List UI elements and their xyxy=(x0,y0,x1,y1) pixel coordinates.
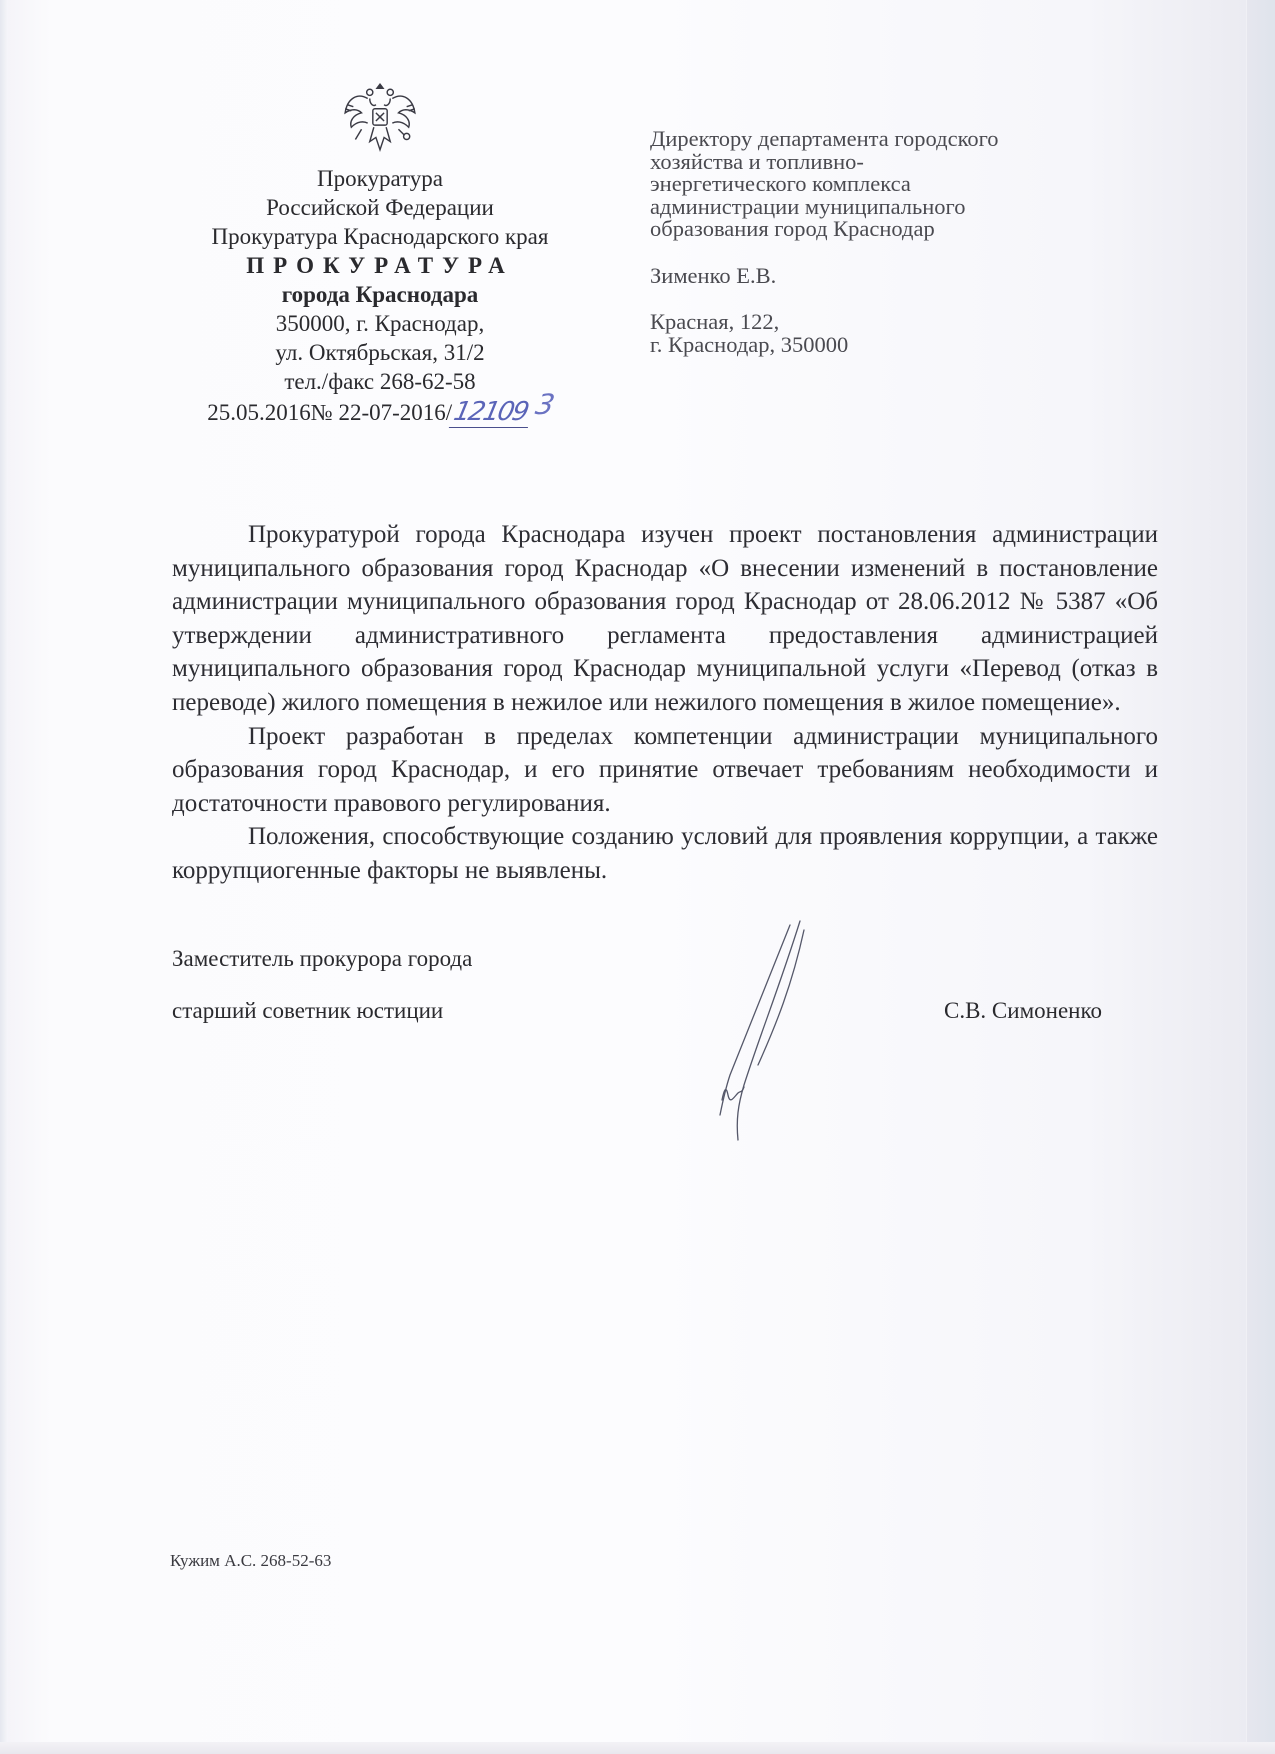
org-address: 350000, г. Краснодар, xyxy=(160,309,600,338)
org-address: ул. Октябрьская, 31/2 xyxy=(160,338,600,367)
signatory-title: Заместитель прокурора города старший сов… xyxy=(172,945,472,1025)
addressee-name: Зименко Е.В. xyxy=(650,265,1170,288)
org-phone: тел./факс 268-62-58 xyxy=(160,367,600,396)
signatory-rank-line: старший советник юстиции xyxy=(172,998,443,1023)
body-paragraph: Проект разработан в пределах компетенции… xyxy=(172,720,1158,821)
org-name-line: Российской Федерации xyxy=(160,193,600,222)
scan-edge-right xyxy=(1246,0,1275,1754)
russian-coat-of-arms-icon xyxy=(339,78,421,160)
body-paragraph: Прокуратурой города Краснодара изучен пр… xyxy=(172,518,1158,720)
letter-body: Прокуратурой города Краснодара изучен пр… xyxy=(172,518,1158,888)
signatory-name: С.В. Симоненко xyxy=(944,997,1102,1025)
body-paragraph: Положения, способствующие созданию услов… xyxy=(172,820,1158,887)
org-name-line: Прокуратура xyxy=(160,164,600,193)
org-title: ПРОКУРАТУРА xyxy=(160,251,600,280)
addressee-block: Директору департамента городского хозяйс… xyxy=(650,128,1170,380)
letterhead: Прокуратура Российской Федерации Прокура… xyxy=(160,78,600,428)
reference-handwritten: 12109 xyxy=(449,398,534,428)
executor-contact: Кужим А.С. 268-52-63 xyxy=(170,1551,331,1571)
scan-edge-bottom xyxy=(0,1742,1275,1754)
scan-edge-left xyxy=(0,0,8,1754)
signatory-title-line: Заместитель прокурора города xyxy=(172,945,472,973)
reference-printed: 25.05.2016№ 22-07-2016/ xyxy=(207,400,452,425)
org-name-line: Прокуратура Краснодарского края xyxy=(160,222,600,251)
addressee-position: Директору департамента городского хозяйс… xyxy=(650,128,1170,241)
handwritten-signature-icon xyxy=(680,915,840,1145)
reference-number: 25.05.2016№ 22-07-2016/121093 xyxy=(160,396,600,428)
org-subtitle: города Краснодара xyxy=(160,280,600,309)
addressee-address: Красная, 122, г. Краснодар, 350000 xyxy=(650,311,1170,356)
